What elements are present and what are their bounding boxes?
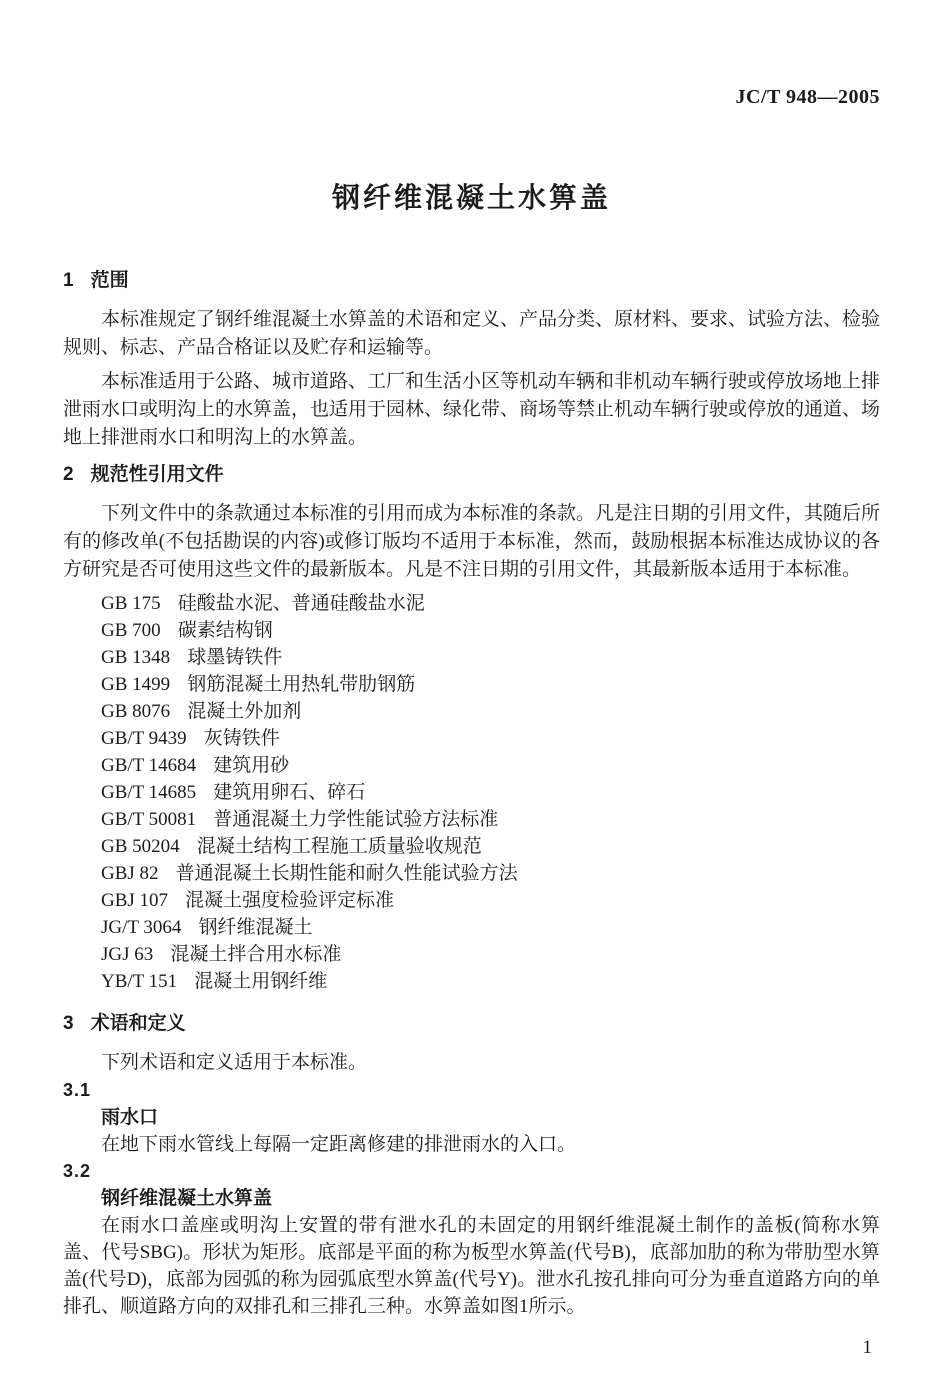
reference-code: GB 700 [101,620,161,641]
section-2-heading: 2规范性引用文件 [63,462,880,488]
reference-code: JG/T 3064 [101,917,181,938]
section-title: 术语和定义 [91,1013,186,1034]
reference-item: GBJ 82普通混凝土长期性能和耐久性能试验方法 [63,860,880,887]
term-definition: 在雨水口盖座或明沟上安置的带有泄水孔的未固定的用钢纤维混凝土制作的盖板(简称水箅… [63,1212,880,1320]
reference-code: GB/T 14685 [101,782,196,803]
reference-title: 普通混凝土长期性能和耐久性能试验方法 [176,863,518,884]
reference-code: GB 175 [101,593,161,614]
reference-item: GB 50204混凝土结构工程施工质量验收规范 [63,833,880,860]
reference-code: GB/T 14684 [101,755,196,776]
reference-title: 混凝土强度检验评定标准 [185,890,394,911]
reference-title: 钢纤维混凝土 [199,917,313,938]
reference-title: 硅酸盐水泥、普通硅酸盐水泥 [178,593,425,614]
reference-code: JGJ 63 [101,944,153,965]
section-3-heading: 3术语和定义 [63,1011,880,1037]
section-number: 2 [63,464,74,485]
term-name: 钢纤维混凝土水箅盖 [63,1185,880,1212]
reference-code: GB 50204 [101,836,180,857]
section-title: 范围 [91,270,129,291]
term-name: 雨水口 [63,1104,880,1131]
reference-code: GB 1499 [101,674,170,695]
reference-title: 钢筋混凝土用热轧带肋钢筋 [187,674,415,695]
reference-title: 建筑用卵石、碎石 [213,782,365,803]
reference-title: 碳素结构钢 [178,620,273,641]
clause-number: 3.2 [63,1158,880,1185]
terms-and-definitions: 3.1 雨水口 在地下雨水管线上每隔一定距离修建的排泄雨水的入口。 3.2 钢纤… [63,1077,880,1320]
reference-item: GB/T 9439灰铸铁件 [63,725,880,752]
standard-number: JC/T 948—2005 [63,86,880,108]
reference-title: 建筑用砂 [213,755,289,776]
reference-title: 混凝土拌合用水标准 [170,944,341,965]
reference-code: GB 1348 [101,647,170,668]
reference-item: GB 8076混凝土外加剂 [63,698,880,725]
reference-code: GB/T 9439 [101,728,187,749]
reference-item: GB/T 50081普通混凝土力学性能试验方法标准 [63,806,880,833]
reference-item: GB/T 14684建筑用砂 [63,752,880,779]
paragraph: 本标准规定了钢纤维混凝土水箅盖的术语和定义、产品分类、原材料、要求、试验方法、检… [63,306,880,362]
reference-item: GB 1348球墨铸铁件 [63,644,880,671]
reference-item: JGJ 63混凝土拌合用水标准 [63,941,880,968]
reference-item: GB 700碳素结构钢 [63,617,880,644]
reference-code: GB 8076 [101,701,170,722]
section-number: 1 [63,270,74,291]
document-page: JC/T 948—2005 钢纤维混凝土水箅盖 1范围 本标准规定了钢纤维混凝土… [0,0,950,1393]
term-definition: 在地下雨水管线上每隔一定距离修建的排泄雨水的入口。 [63,1131,880,1158]
reference-item: GB/T 14685建筑用卵石、碎石 [63,779,880,806]
reference-item: GB 1499钢筋混凝土用热轧带肋钢筋 [63,671,880,698]
reference-code: GBJ 107 [101,890,168,911]
reference-code: YB/T 151 [101,971,177,992]
paragraph: 本标准适用于公路、城市道路、工厂和生活小区等机动车辆和非机动车辆行驶或停放场地上… [63,368,880,452]
section-title: 规范性引用文件 [91,464,224,485]
reference-item: YB/T 151混凝土用钢纤维 [63,968,880,995]
reference-item: JG/T 3064钢纤维混凝土 [63,914,880,941]
reference-title: 混凝土结构工程施工质量验收规范 [197,836,482,857]
normative-references-list: GB 175硅酸盐水泥、普通硅酸盐水泥 GB 700碳素结构钢 GB 1348球… [63,590,880,995]
reference-title: 混凝土用钢纤维 [194,971,327,992]
reference-item: GB 175硅酸盐水泥、普通硅酸盐水泥 [63,590,880,617]
clause-number: 3.1 [63,1077,880,1104]
reference-code: GBJ 82 [101,863,159,884]
reference-item: GBJ 107混凝土强度检验评定标准 [63,887,880,914]
reference-title: 普通混凝土力学性能试验方法标准 [213,809,498,830]
paragraph: 下列文件中的条款通过本标准的引用而成为本标准的条款。凡是注日期的引用文件，其随后… [63,500,880,584]
reference-title: 灰铸铁件 [204,728,280,749]
reference-title: 混凝土外加剂 [187,701,301,722]
document-title: 钢纤维混凝土水箅盖 [63,180,880,216]
reference-title: 球墨铸铁件 [187,647,282,668]
reference-code: GB/T 50081 [101,809,196,830]
page-number: 1 [863,1334,873,1362]
section-1-heading: 1范围 [63,268,880,294]
paragraph: 下列术语和定义适用于本标准。 [63,1049,880,1077]
section-number: 3 [63,1013,74,1034]
